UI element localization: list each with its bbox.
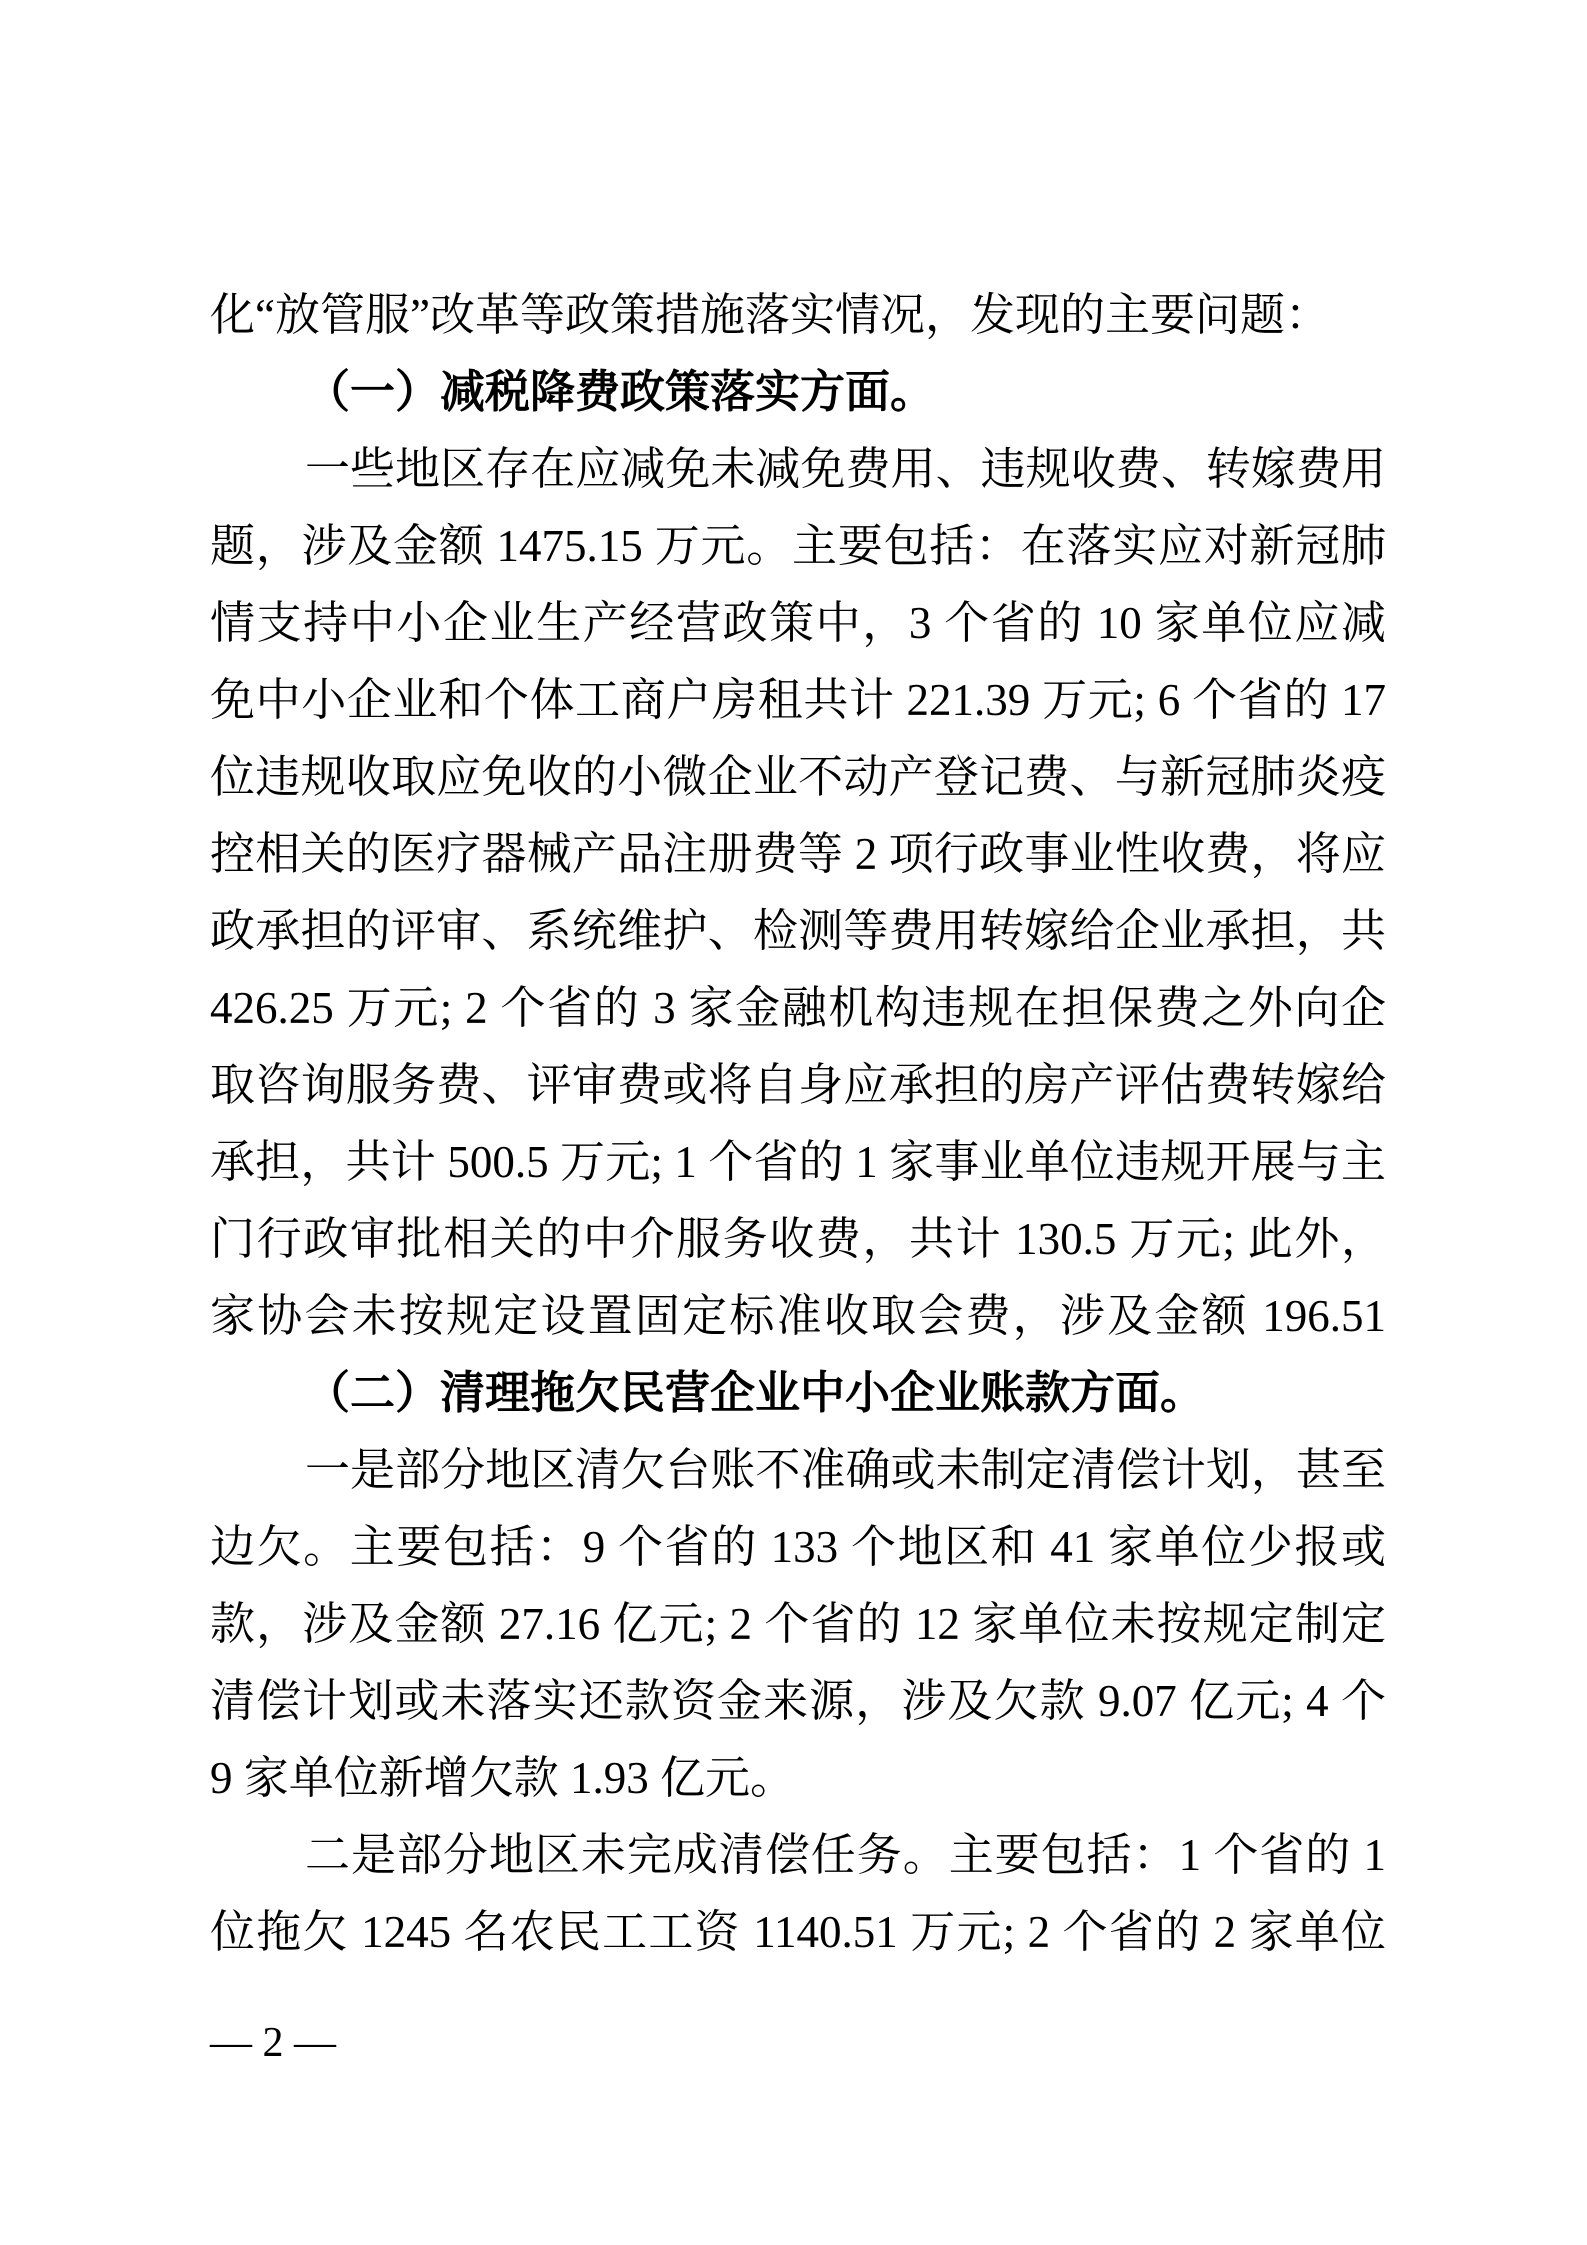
body-line-9: 政承担的评审、系统维护、检测等费用转嫁给企业承担，共计	[210, 893, 1386, 970]
body-line-11: 取咨询服务费、评审费或将自身应承担的房产评估费转嫁给企业	[210, 1047, 1386, 1124]
body-line-3: 一些地区存在应减免未减免费用、违规收费、转嫁费用等问	[210, 431, 1386, 508]
body-line-12: 承担，共计 500.5 万元; 1 个省的 1 家事业单位违规开展与主管部	[210, 1124, 1386, 1201]
body-line-8: 控相关的医疗器械产品注册费等 2 项行政事业性收费，将应由财	[210, 816, 1386, 893]
body-line-5: 情支持中小企业生产经营政策中，3 个省的 10 家单位应减免未减	[210, 585, 1386, 662]
text-block: 化“放管服”改革等政策措施落实情况，发现的主要问题： （一）减税降费政策落实方面…	[210, 277, 1386, 1971]
heading-section-2: （二）清理拖欠民营企业中小企业账款方面。	[210, 1355, 1386, 1432]
body-line-13: 门行政审批相关的中介服务收费，共计 130.5 万元; 此外，还有 1	[210, 1201, 1386, 1278]
page-number: — 2 —	[210, 2018, 336, 2068]
body-line-22: 位拖欠 1245 名农民工工资 1140.51 万元; 2 个省的 2 家单位未…	[210, 1894, 1386, 1971]
heading-section-1: （一）减税降费政策落实方面。	[210, 354, 1386, 431]
body-line-7: 位违规收取应免收的小微企业不动产登记费、与新冠肺炎疫情防	[210, 739, 1386, 816]
body-line-10: 426.25 万元; 2 个省的 3 家金融机构违规在担保费之外向企业收	[210, 970, 1386, 1047]
body-line-4: 题，涉及金额 1475.15 万元。主要包括：在落实应对新冠肺炎疫	[210, 508, 1386, 585]
body-line-21: 二是部分地区未完成清偿任务。主要包括：1 个省的 1 家单	[210, 1817, 1386, 1894]
document-page: 化“放管服”改革等政策措施落实情况，发现的主要问题： （一）减税降费政策落实方面…	[0, 0, 1587, 2245]
body-line-18: 款，涉及金额 27.16 亿元; 2 个省的 12 家单位未按规定制定欠款	[210, 1586, 1386, 1663]
body-line-6: 免中小企业和个体工商户房租共计 221.39 万元; 6 个省的 17 家单	[210, 662, 1386, 739]
body-line-16: 一是部分地区清欠台账不准确或未制定清偿计划，甚至边清	[210, 1432, 1386, 1509]
body-line-19: 清偿计划或未落实还款资金来源，涉及欠款 9.07 亿元; 4 个省的	[210, 1663, 1386, 1740]
body-line-14: 家协会未按规定设置固定标准收取会费，涉及金额 196.51 万元。	[210, 1278, 1386, 1355]
body-line-17: 边欠。主要包括：9 个省的 133 个地区和 41 家单位少报或多报欠	[210, 1509, 1386, 1586]
body-line-20: 9 家单位新增欠款 1.93 亿元。	[210, 1740, 1386, 1817]
body-line-1: 化“放管服”改革等政策措施落实情况，发现的主要问题：	[210, 277, 1386, 354]
